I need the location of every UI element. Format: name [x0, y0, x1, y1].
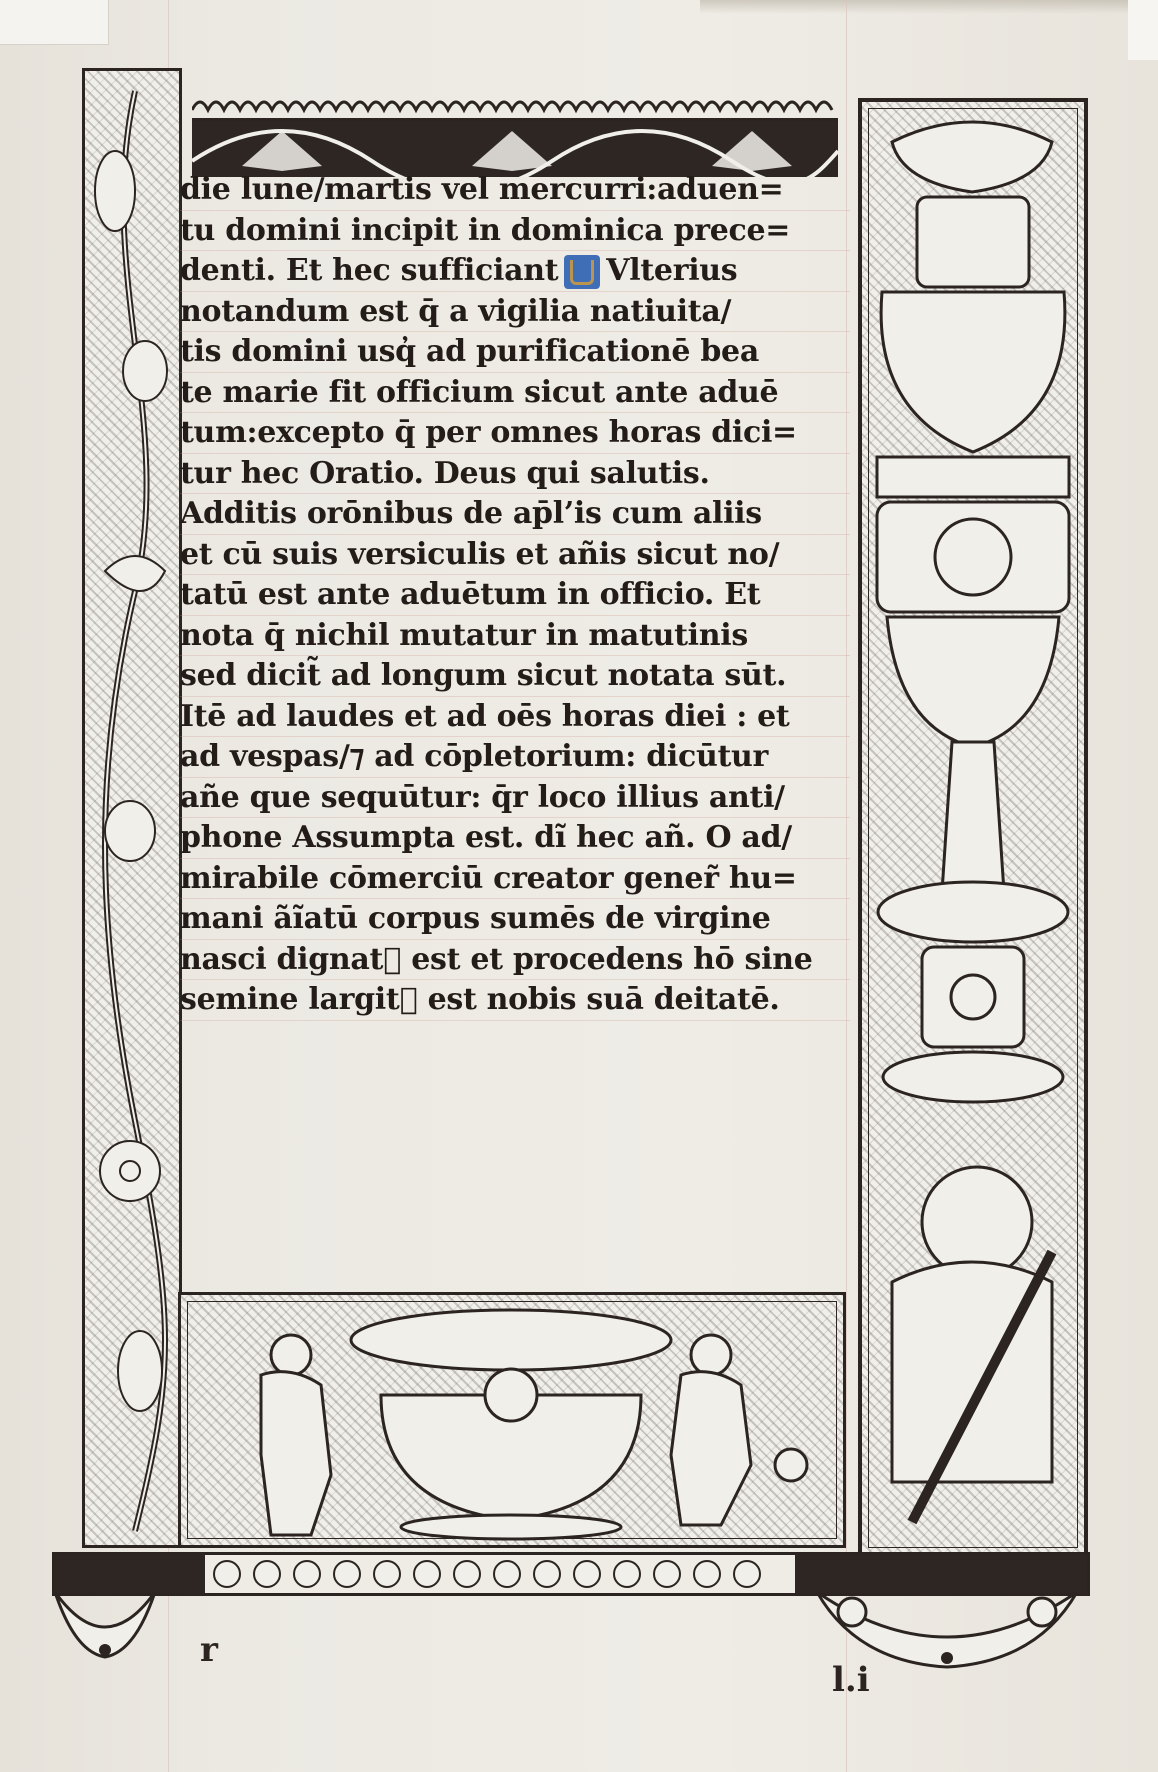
- text-line: nota q̄ nichil mutatur in matutinis: [180, 616, 850, 657]
- text-line: tum:excepto q̄ per omnes horas dici=: [180, 413, 850, 454]
- candelabrum-vase-icon: [862, 102, 1084, 1554]
- loop-border-icon: [192, 92, 838, 114]
- text-line: sed dicit̃ ad longum sicut notata sūt.: [180, 656, 850, 697]
- vine-scroll-icon: [85, 71, 182, 1548]
- text-line: semine largit᷒ est nobis suā deitatē.: [180, 980, 850, 1021]
- left-border-woodcut: [82, 68, 182, 1548]
- base-rosette-frieze: [52, 1552, 1090, 1596]
- bottom-panel-woodcut: [178, 1292, 846, 1548]
- text-line: añe que sequūtur: q̄r loco illius anti…: [180, 778, 850, 819]
- top-frieze-woodcut: [192, 92, 838, 178]
- text-line: tatū est ante aduētum in officio. Et: [180, 575, 850, 616]
- paper-tab-top-left: [0, 0, 109, 45]
- paper-tab-top-right: [1128, 0, 1158, 60]
- text-line: et cū suis versiculis et añis sicut no…: [180, 535, 850, 576]
- putti-and-urn-icon: [181, 1295, 843, 1545]
- text-line: mirabile cōmerciū creator gener̃ hu=: [180, 859, 850, 900]
- blackletter-text-block: die lune/martis vel mercurri:aduen= tu d…: [180, 170, 850, 1021]
- page-edge-shadow: [700, 0, 1130, 14]
- text-line: Itē ad laudes et ad oēs horas diei : e…: [180, 697, 850, 738]
- text-line: nasci dignat᷒ est et procedens hō sine: [180, 940, 850, 981]
- palmette-wave-icon: [192, 121, 838, 177]
- signature-mark-left: r: [200, 1630, 218, 1670]
- right-border-woodcut: [858, 98, 1088, 1558]
- text-line: te marie fit officium sicut ante aduē: [180, 373, 850, 414]
- text-line: die lune/martis vel mercurri:aduen=: [180, 170, 850, 211]
- text-line: mani ãĩatū corpus sumēs de virgine: [180, 899, 850, 940]
- text-line: notandum est q̄ a vigilia natiuita/: [180, 292, 850, 333]
- rosette-band-icon: [55, 1555, 1087, 1593]
- signature-mark-right: l.i: [832, 1660, 870, 1700]
- left-acanthus-bracket-icon: [50, 1592, 160, 1662]
- text-line: Additis orōnibus de ap̄l’is cum aliis: [180, 494, 850, 535]
- text-line: tu domini incipit in dominica prece=: [180, 211, 850, 252]
- text-line: tis domini usq̓ ad purificationē bea: [180, 332, 850, 373]
- text-line: ad vespas/⁊ ad cōpletorium: dicūtur: [180, 737, 850, 778]
- illuminated-initial-icon: [564, 255, 600, 289]
- text-line-with-initial: denti. Et hec sufficiantVlterius: [180, 251, 850, 292]
- text-line: tur hec Oratio. Deus qui salutis.: [180, 454, 850, 495]
- text-line: phone Assumpta est. dĩ hec añ. O ad/: [180, 818, 850, 859]
